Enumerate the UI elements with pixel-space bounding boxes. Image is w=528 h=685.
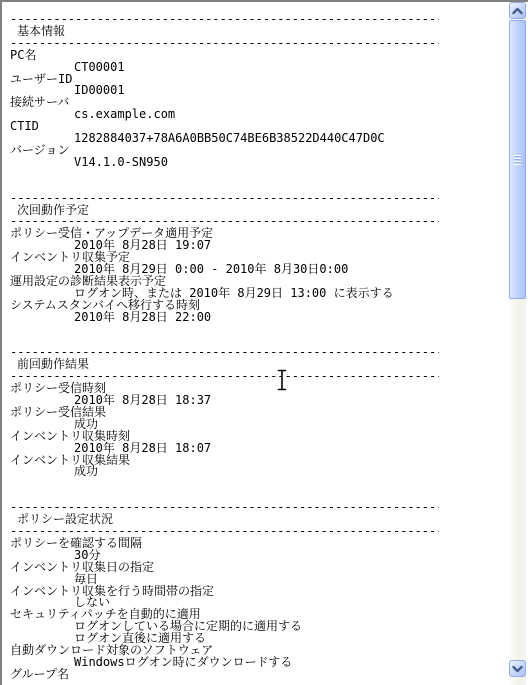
field-value: cs.example.com [10,109,509,121]
scroll-down-button[interactable] [509,660,526,677]
separator-line: ----------------------------------------… [10,38,439,50]
blank-line [10,324,509,336]
section-title: 前回動作結果 [10,359,509,371]
blank-line [10,490,509,502]
field-value: ID00001 [10,85,509,97]
ibeam-cursor-icon [276,369,288,391]
status-report-text[interactable]: ----------------------------------------… [2,2,509,685]
blank-line [10,478,509,490]
section-title: ポリシー設定状況 [10,514,509,526]
field-value: 1282884037+78A6A0BB50C74BE6B38522D440C47… [10,133,509,145]
section-title: 次回動作予定 [10,205,509,217]
scroll-up-button[interactable] [509,2,526,19]
field-value: 成功 [10,466,509,478]
scrollbar-thumb[interactable] [509,20,526,299]
field-value: Windowsログオン時にダウンロードする [10,657,509,669]
report-panel: ----------------------------------------… [0,0,528,685]
blank-line [10,181,509,193]
field-value: V14.1.0-SN950 [10,157,509,169]
field-value: 2010年 8月28日 22:00 [10,312,509,324]
blank-line [10,169,509,181]
field-value: CT00001 [10,62,509,74]
scrollbar-thumb-grip [514,155,521,165]
chevron-up-icon [512,7,523,15]
chevron-down-icon [512,665,523,673]
blank-line [10,335,509,347]
separator-line: ----------------------------------------… [10,14,439,26]
vertical-scrollbar [509,2,526,685]
field-label: グループ名 [10,669,509,681]
section-title: 基本情報 [10,26,509,38]
